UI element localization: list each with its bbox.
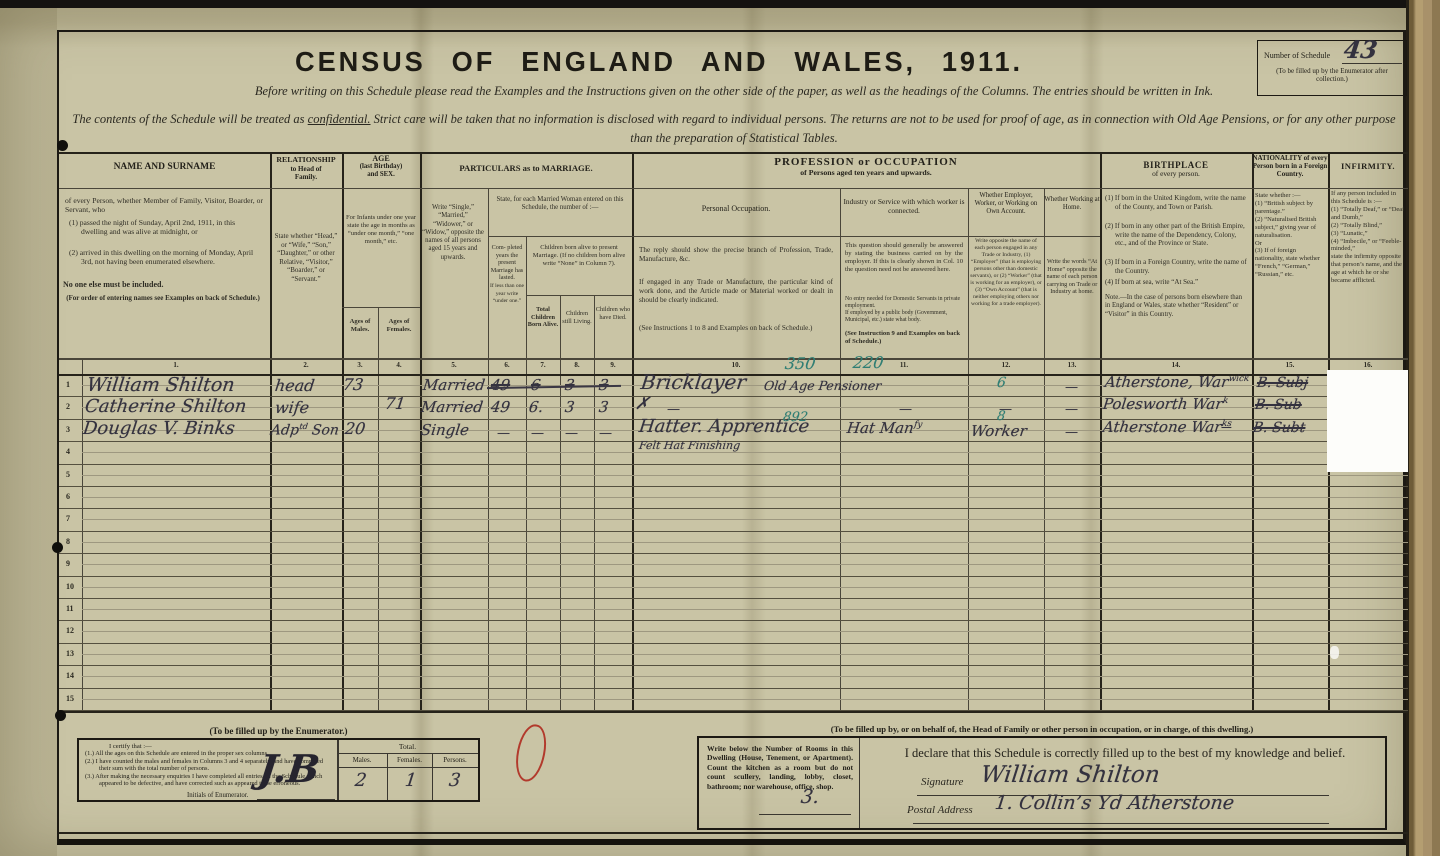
col-desc-industry-p4: (See Instruction 9 and Examples on back … — [845, 330, 963, 346]
punch-hole-bottom — [55, 710, 66, 721]
table-gridline — [59, 688, 1408, 689]
entry-row2-children-born: 6. — [528, 398, 545, 416]
col-header-at-home: Whether Working at Home. — [1044, 196, 1100, 212]
females-label: Females. — [387, 756, 432, 764]
signature-value: William Shilton — [979, 762, 1161, 788]
column-number-15: 15. — [1286, 361, 1295, 369]
table-gridline — [59, 508, 1408, 509]
entry-row2-relationship: wife — [274, 398, 311, 417]
col-header-age-l1: AGE — [342, 154, 420, 163]
males-value: 2 — [354, 770, 368, 791]
entry-row1-name: William Shilton — [86, 374, 236, 396]
table-gridline — [82, 358, 83, 710]
col-group-profession: PROFESSION or OCCUPATION of Persons aged… — [632, 156, 1100, 178]
punch-hole-top — [57, 140, 68, 151]
col-header-age-l2: (last Birthday) — [342, 163, 420, 171]
column-number-14: 14. — [1172, 361, 1181, 369]
entry-row3-born-dash: — — [530, 426, 545, 441]
householder-divider — [859, 738, 860, 828]
entry-row1-occupation: Bricklayer — [640, 370, 748, 394]
rooms-instruction: Write below the Number of Rooms in this … — [707, 744, 853, 791]
entry-row3-nationality: B. Subt — [1252, 420, 1306, 436]
row-number-12: 12 — [66, 626, 74, 635]
table-gridline — [59, 486, 1408, 487]
entry-row3-birthplace-main: Atherstone War — [1102, 418, 1223, 436]
householder-box: Write below the Number of Rooms in this … — [697, 736, 1387, 830]
column-number-13: 13. — [1068, 361, 1077, 369]
table-gridline — [82, 699, 1408, 700]
entry-row1-at-home-dash: — — [1064, 380, 1079, 395]
col-desc-marriage-write: Write “Single,” “Married,” “Widower,” or… — [422, 204, 484, 262]
table-gridline — [59, 620, 1408, 621]
entry-row1-birthplace: Atherstone, Warwick — [1104, 373, 1250, 391]
table-gridline — [342, 307, 420, 308]
col-header-employer: Whether Employer, Worker, or Working on … — [968, 192, 1044, 215]
entry-row2-children-died: 3 — [598, 398, 610, 416]
col-desc-infirmity-b2: (2) “Totally Blind,” — [1331, 222, 1405, 230]
col-header-relationship-l3: Family. — [270, 173, 342, 181]
entry-row3-name: Douglas V. Binks — [82, 418, 236, 439]
table-gridline — [82, 587, 1408, 588]
col-header-relationship-l2: to Head of — [270, 165, 342, 173]
row-number-5: 5 — [66, 470, 70, 479]
table-gridline — [82, 676, 1408, 677]
signature-label: Signature — [921, 776, 963, 788]
col-cell-years-married: Com- pleted years the present Marriage h… — [489, 244, 525, 305]
col-desc-married-woman: State, for each Married Woman entered on… — [492, 196, 628, 213]
col-header-birthplace: BIRTHPLACE of every person. — [1100, 160, 1252, 179]
annotation-code-350: 350 — [784, 354, 817, 373]
col-desc-name-item1: (1) passed the night of Sunday, April 2n… — [69, 218, 263, 237]
column-number-6: 6. — [504, 361, 509, 369]
col-desc-infirmity-b5: state the infirmity opposite that person… — [1331, 253, 1405, 285]
table-gridline — [59, 358, 1408, 360]
table-gridline — [82, 564, 1408, 565]
col-desc-birthplace-i2: (2) If born in any other part of the Bri… — [1105, 222, 1247, 248]
col-header-birthplace-l2: of every person. — [1100, 170, 1252, 179]
row-number-3: 3 — [66, 425, 70, 434]
column-number-8: 8. — [574, 361, 579, 369]
col-group-profession-l2: of Persons aged ten years and upwards. — [632, 169, 1100, 178]
col-cell-years-married-main: Com- pleted years the present Marriage h… — [491, 244, 523, 281]
entry-row2-industry-dash: — — [898, 402, 913, 417]
table-gridline — [526, 295, 632, 296]
col-header-industry: Industry or Service with which worker is… — [840, 198, 968, 215]
persons-label: Persons. — [432, 756, 478, 764]
col-header-name: NAME AND SURNAME — [59, 162, 270, 173]
initials-label: Initials of Enumerator. — [187, 792, 248, 799]
table-gridline — [59, 464, 1408, 465]
paper-speck — [1330, 646, 1339, 659]
row-number-11: 11 — [66, 604, 74, 613]
table-gridline — [59, 576, 1408, 577]
col-desc-nationality-b2: (2) “Naturalised British subject,” givin… — [1255, 216, 1325, 240]
persons-value: 3 — [448, 770, 462, 791]
row-number-8: 8 — [66, 537, 70, 546]
entry-row1-employer-code: 6 — [996, 375, 1007, 391]
table-gridline — [82, 609, 1408, 610]
col-desc-birthplace-i1: (1) If born in the United Kingdom, write… — [1105, 194, 1247, 211]
entry-row3-birthplace: Atherstone Warks — [1102, 418, 1233, 436]
col-desc-name-note2: (For order of entering names see Example… — [63, 294, 263, 303]
row-number-7: 7 — [66, 514, 70, 523]
col-desc-children-born: Children born alive to present Marriage.… — [529, 244, 629, 268]
table-gridline — [82, 475, 1408, 476]
entry-row2-birthplace-sup: k — [1222, 396, 1228, 406]
bottom-thin-rule — [59, 832, 1408, 834]
col-cell-years-married-sub: If less than one year write “under one.” — [490, 283, 524, 305]
row-number-10: 10 — [66, 582, 74, 591]
table-gridline — [82, 519, 1408, 520]
row-number-2: 2 — [66, 402, 70, 411]
table-gridline — [1100, 152, 1102, 710]
entry-row2-marriage: Married — [420, 398, 484, 416]
entry-row3-occupation-note2: Felt Hat Finishing — [638, 439, 741, 452]
rooms-value: 3. — [800, 786, 821, 808]
col-cell-children-total: Total Children Born Alive. — [527, 306, 559, 329]
punch-hole-middle — [52, 542, 63, 553]
table-gridline — [59, 643, 1408, 644]
entry-row3-relationship-rest: Son — [306, 423, 339, 439]
col-desc-industry-p3: If employed by a public body (Government… — [845, 310, 963, 324]
redaction-box — [1327, 370, 1408, 472]
col-header-nationality: NATIONALITY of every Person born in a Fo… — [1252, 154, 1328, 178]
col-desc-infirmity-b4: (4) “Imbecile,” or “Feeble-minded,” — [1331, 238, 1405, 254]
col-desc-birthplace-i3: (3) If born in a Foreign Country, write … — [1105, 258, 1247, 275]
column-number-16: 16. — [1364, 361, 1373, 369]
col-header-relationship: RELATIONSHIP to Head of Family. — [270, 156, 342, 181]
col-desc-birthplace-note: Note.—In the case of persons born elsewh… — [1105, 294, 1247, 319]
col-desc-name-item2: (2) arrived in this dwelling on the morn… — [69, 248, 263, 267]
enumerator-section-title: (To be filled up by the Enumerator.) — [77, 726, 480, 736]
col-desc-infirmity: If any person included in this Schedule … — [1331, 190, 1405, 285]
col-desc-name-note1: No one else must be included. — [63, 280, 263, 290]
row-number-1: 1 — [66, 380, 70, 389]
initials-value: J.B — [256, 746, 322, 791]
col-group-profession-l1: PROFESSION or OCCUPATION — [632, 156, 1100, 169]
entry-row2-nationality: B. Sub — [1254, 397, 1303, 413]
table-gridline — [488, 236, 1100, 237]
entry-row2-occupation-dash: — — [666, 402, 681, 417]
col-desc-infirmity-b3: (3) “Lunatic,” — [1331, 230, 1405, 238]
table-gridline — [59, 710, 1408, 711]
entry-row1-nationality: B. Subj — [1256, 375, 1309, 391]
entry-row3-years-dash: — — [496, 426, 511, 441]
column-number-7: 7. — [540, 361, 545, 369]
entry-row3-birthplace-sup: ks — [1221, 419, 1232, 429]
col-header-infirmity: INFIRMITY. — [1328, 162, 1408, 172]
col-cell-children-living: Children still Living. — [561, 310, 593, 325]
column-number-9: 9. — [610, 361, 615, 369]
entry-row2-name: Catherine Shilton — [84, 396, 248, 417]
table-gridline — [59, 598, 1408, 599]
col-desc-at-home: Write the words “At Home” opposite the n… — [1046, 258, 1098, 296]
entry-row1-years-married: 49 — [490, 376, 511, 394]
col-header-age: AGE (last Birthday) and SEX. — [342, 154, 420, 179]
scan-right-edge — [1406, 0, 1440, 856]
entry-row2-birthplace: Polesworth Wark — [1102, 395, 1229, 413]
entry-row1-children-born: 6 — [530, 376, 542, 394]
col-desc-occupation-p3: (See Instructions 1 to 8 and Examples on… — [639, 324, 833, 333]
entry-row1-occupation-note: Old Age Pensioner — [763, 378, 882, 393]
males-label: Males. — [337, 756, 387, 764]
entry-row3-living-dash: — — [564, 426, 579, 441]
entry-row3-at-home-dash: — — [1064, 425, 1079, 440]
col-desc-age: For Infants under one year state the age… — [344, 214, 418, 246]
col-desc-infirmity-b0: If any person included in this Schedule … — [1331, 190, 1405, 206]
col-desc-nationality-b4: (3) If of foreign nationality, state whe… — [1255, 247, 1325, 279]
entry-row2-birthplace-main: Polesworth War — [1102, 395, 1224, 413]
col-desc-industry-p1: This question should generally be answer… — [845, 242, 963, 274]
row-number-4: 4 — [66, 447, 70, 456]
col-desc-employer: Write opposite the name of each person e… — [970, 238, 1042, 308]
annotation-code-220: 220 — [852, 353, 885, 372]
col-desc-occupation-p1: The reply should show the precise branch… — [639, 246, 833, 264]
column-number-4: 4. — [396, 361, 401, 369]
postal-address-value: 1. Collin’s Yd Atherstone — [994, 792, 1236, 814]
column-number-2: 2. — [303, 361, 308, 369]
row-number-15: 15 — [66, 694, 74, 703]
entry-row1-relationship: head — [274, 376, 316, 395]
table-gridline — [82, 497, 1408, 498]
total-label: Total. — [337, 742, 478, 751]
col-desc-occupation-p2: If engaged in any Trade or Manufacture, … — [639, 278, 833, 304]
scan-top-edge — [0, 0, 1440, 8]
col-desc-birthplace-i4: (4) If born at sea, write “At Sea.” — [1105, 278, 1247, 287]
entry-row3-industry: Hat Manfy — [846, 419, 923, 437]
entry-row3-marriage: Single — [420, 421, 470, 439]
column-number-10: 10. — [732, 361, 741, 369]
col-cell-ages-males: Ages of Males. — [343, 318, 377, 334]
entry-row3-employer: Worker — [970, 422, 1028, 440]
column-number-1: 1. — [173, 361, 178, 369]
entry-row1-age-males: 73 — [342, 375, 365, 394]
table-gridline — [59, 152, 1408, 154]
entry-row1-marriage: Married — [422, 376, 486, 394]
declaration-text: I declare that this Schedule is correctl… — [871, 746, 1379, 761]
entry-row3-relationship: Adptd Son — [270, 421, 340, 439]
row-number-6: 6 — [66, 492, 70, 501]
row-number-13: 13 — [66, 649, 74, 658]
col-desc-nationality-b3: Or — [1255, 240, 1325, 248]
table-gridline — [59, 553, 1408, 554]
form-border-frame: CENSUS OF ENGLAND AND WALES, 1911. Numbe… — [57, 30, 1406, 845]
column-number-11: 11. — [900, 361, 908, 369]
entry-row3-relationship-main: Adp — [270, 423, 300, 439]
col-desc-nationality-b1: (1) “British subject by parentage.” — [1255, 200, 1325, 216]
col-cell-children-died: Children who have Died. — [595, 306, 631, 321]
col-cell-ages-females: Ages of Females. — [379, 318, 419, 334]
table-gridline — [82, 631, 1408, 632]
entry-row3-occupation-code: 892 — [782, 410, 809, 425]
col-desc-name-intro: of every Person, whether Member of Famil… — [65, 196, 263, 215]
col-desc-infirmity-b1: (1) “Totally Deaf,” or “Deaf and Dumb,” — [1331, 206, 1405, 222]
females-value: 1 — [404, 770, 418, 791]
entry-row2-years-married: 49 — [490, 398, 511, 416]
table-gridline — [59, 188, 1408, 189]
row-number-9: 9 — [66, 559, 70, 568]
column-number-3: 3. — [357, 361, 362, 369]
entry-row3-age-males: 20 — [344, 419, 367, 438]
entry-row3-died-dash: — — [598, 426, 613, 441]
entry-row2-age-females: 71 — [384, 394, 407, 413]
table-gridline — [59, 531, 1408, 532]
col-desc-industry-p2: No entry needed for Domestic Servants in… — [845, 296, 963, 310]
entry-row1-birthplace-sup: wick — [1228, 374, 1250, 384]
column-number-12: 12. — [1002, 361, 1011, 369]
entry-row2-children-living: 3 — [564, 398, 576, 416]
col-header-age-l3: and SEX. — [342, 171, 420, 179]
table-gridline — [82, 542, 1408, 543]
householder-section-title: (To be filled up by, or on behalf of, th… — [697, 724, 1387, 734]
table-gridline — [82, 654, 1408, 655]
table-gridline — [59, 665, 1408, 666]
table-gridline — [82, 452, 1408, 453]
certify-intro: I certify that :— — [109, 743, 152, 750]
entry-row3-industry-main: Hat Man — [846, 419, 915, 437]
col-group-marriage: PARTICULARS as to MARRIAGE. — [420, 164, 632, 174]
col-desc-nationality-b0: State whether :— — [1255, 192, 1325, 200]
entry-row2-at-home-dash: — — [1064, 402, 1079, 417]
entry-row2-occupation-cross: ✗ — [634, 394, 651, 414]
col-desc-relationship: State whether “Head,” or “Wife,” “Son,” … — [273, 232, 339, 283]
entry-row1-birthplace-main: Atherstone, War — [1104, 373, 1230, 391]
entry-row3-industry-sup: fy — [914, 420, 923, 430]
row-number-14: 14 — [66, 671, 74, 680]
col-desc-nationality: State whether :— (1) “British subject by… — [1255, 192, 1325, 279]
postal-address-label: Postal Address — [907, 804, 973, 816]
col-header-personal-occupation: Personal Occupation. — [632, 204, 840, 213]
col-header-relationship-l1: RELATIONSHIP — [270, 156, 342, 165]
column-number-5: 5. — [451, 361, 456, 369]
